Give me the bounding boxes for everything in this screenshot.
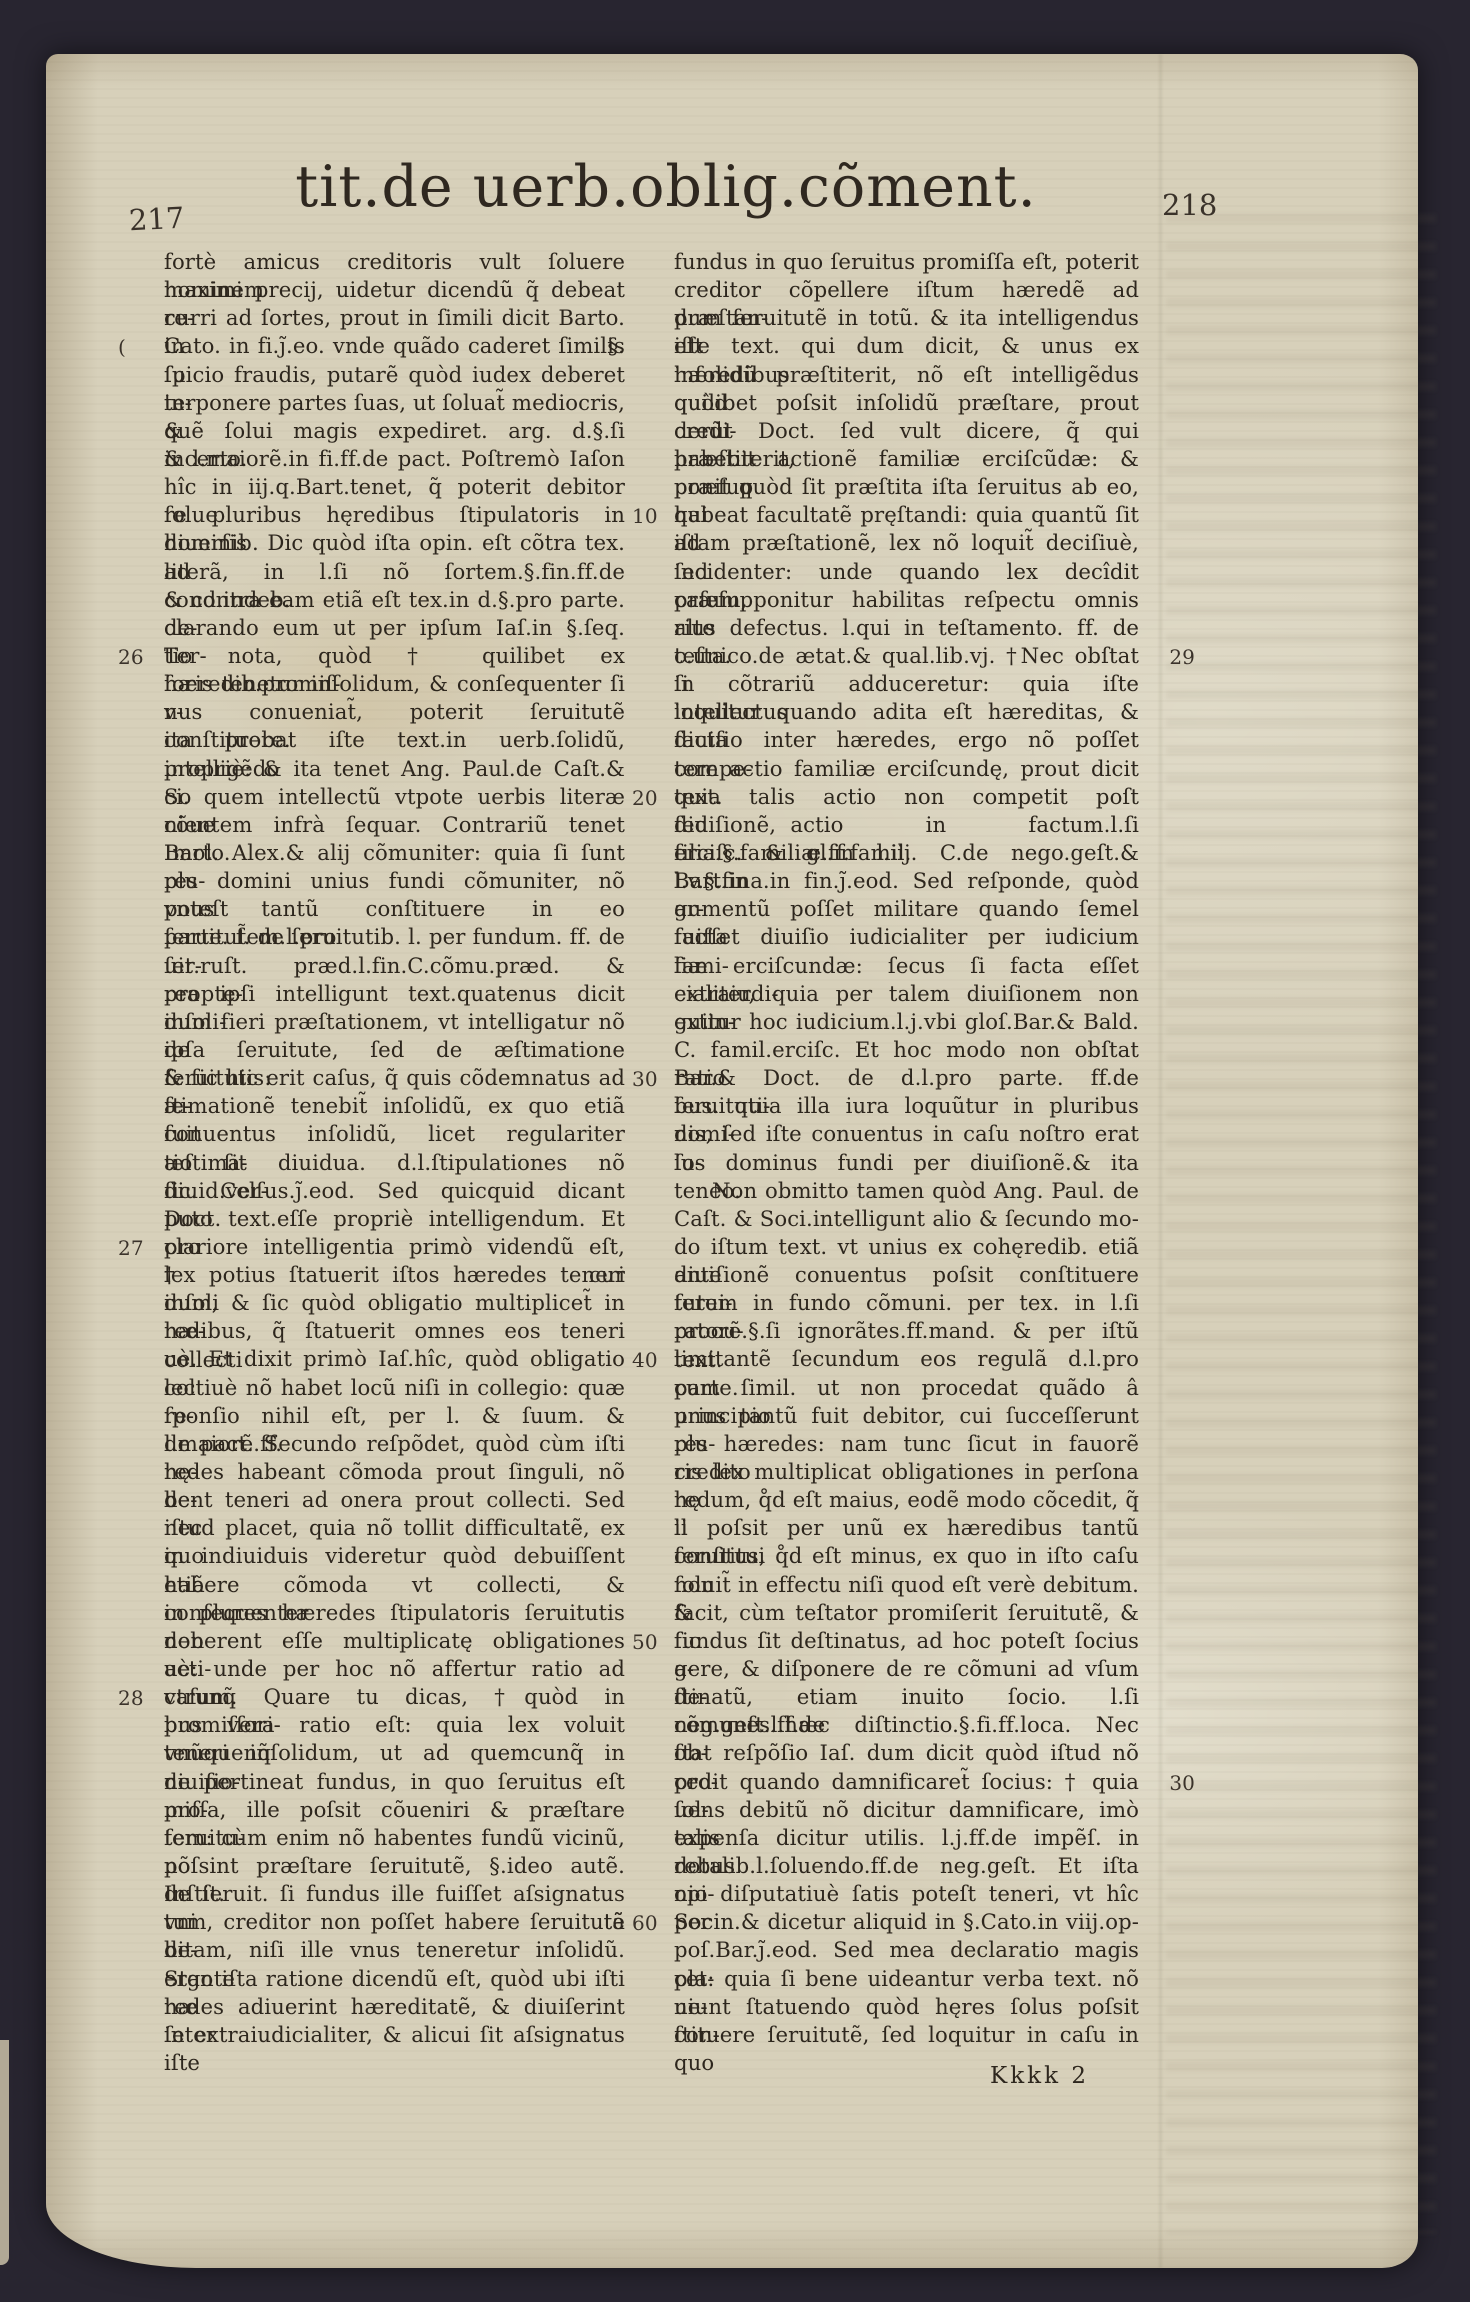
text-line: habebit actionẽ familiæ erciſcũdæ: & præ… xyxy=(674,445,1139,473)
text-line: 20quia talis actio non competit poſt diu… xyxy=(674,783,1139,811)
text-line: præſupponitur habilitas reſpectu omnis a… xyxy=(674,586,1139,614)
text-line: fortè amicus creditoris vult ſoluere hom… xyxy=(164,248,625,276)
margin-number: ( xyxy=(118,333,126,361)
text-line: ergo iſta ratione dicendũ eſt, quòd ubi … xyxy=(164,1965,625,1993)
margin-number: 10 xyxy=(632,502,658,530)
text-line: inſolidũ præſtiterit, nõ eſt intelligẽdu… xyxy=(674,361,1139,389)
text-line: hominib. Dic quòd iſta opin. eſt cõtra t… xyxy=(164,529,625,557)
text-line: neg.geſt.l.hæc diſtinctio.§.fi.ff.loca. … xyxy=(674,1711,1139,1739)
text-line: ſe extraiudicialiter, & alicui ſit aſsig… xyxy=(164,2021,625,2049)
text-line: 30cedit quando damnificaret̃ ſocius: † q… xyxy=(674,1768,1139,1796)
margin-number: 30 xyxy=(632,1065,658,1093)
text-line: cum ſimil. ut non procedat quãdo â princ… xyxy=(674,1374,1139,1402)
text-line: rea ipſi intelligunt text.quatenus dicit… xyxy=(164,980,625,1008)
text-line: incidenter: unde quando lex decîdit caſu… xyxy=(674,558,1139,586)
text-line: teneri inſolidum, ut ad quemcunq̃ in diu… xyxy=(164,1739,625,1767)
text-line: terponere partes ſuas, ut ſoluat̃ medioc… xyxy=(164,389,625,417)
text-line: curri ad ſortes, prout in ſimili dicit B… xyxy=(164,304,625,332)
line-text: guitur hoc iudicium.l.j.vbi gloſ.Bar.& B… xyxy=(674,1009,1139,1034)
text-line: iſtud placet, quia nõ tollit difficultat… xyxy=(164,1514,625,1542)
text-line: 40limitantẽ ſecundum eos regulã d.l.pro … xyxy=(674,1345,1139,1373)
text-line: bitam, niſi ille vnus teneretur inſolidũ… xyxy=(164,1936,625,1964)
page-crease xyxy=(1159,54,1162,2268)
text-line: ſeruitus, q̊d eſt minus, ex quo in iſto … xyxy=(674,1542,1139,1570)
text-line: guitur hoc iudicium.l.j.vbi gloſ.Bar.& B… xyxy=(674,1008,1139,1036)
text-line: ſtituere ſeruitutẽ, ſed loquitur in caſu… xyxy=(674,2021,1139,2049)
text-line: in cõtrariũ adduceretur: quia iſte intel… xyxy=(674,670,1139,698)
text-line: nio diſputatiuè ſatis poteſt teneri, vt … xyxy=(674,1880,1139,1908)
margin-number: 29 xyxy=(1169,643,1195,671)
text-line: lus dominus fundi per diuiſionẽ.& ita te… xyxy=(674,1149,1139,1177)
text-column-right: fundus in quo ſeruitus promiſſa eſt, pot… xyxy=(674,248,1139,2090)
running-title: tit.de uerb.oblig.cõment. xyxy=(286,154,1046,220)
text-line: uè: unde per hoc nõ affertur ratio ad vt… xyxy=(164,1655,625,1683)
text-line: ratorẽ.§.ſi ignorãtes.ff.mand. & per iſt… xyxy=(674,1317,1139,1345)
text-line: li poſsit per unũ ex hæredibus tantũ con… xyxy=(674,1514,1139,1542)
text-column-left: fortè amicus creditoris vult ſoluere hom… xyxy=(164,248,625,2049)
text-line: nus conueniat̃, poterit ſeruitutẽ conſti… xyxy=(164,698,625,726)
text-line: & l.maiorẽ.in fi.ff.de pact. Poſtremò Ia… xyxy=(164,445,625,473)
text-line: conuentus inſolidũ, licet regulariter æſ… xyxy=(164,1120,625,1148)
text-line: fuiſſet diuiſio iudicialiter per iudiciu… xyxy=(674,923,1139,951)
text-line: loquitur quando adita eſt hæreditas, & f… xyxy=(674,698,1139,726)
text-line: 27clariore intelligentia primò videndũ e… xyxy=(164,1233,625,1261)
text-line: lex potius ſtatuerit iſtos hæredes tener… xyxy=(164,1261,625,1289)
line-text: Socin.& dicetur aliquid in §.Cato.in vii… xyxy=(674,1909,1139,1934)
folio-number-right: 218 xyxy=(1162,188,1217,222)
text-line: gumentũ poſſet militare quando ſemel fac… xyxy=(674,895,1139,923)
text-line: ſponſio nihil eſt, per l. & ſuum. & l.ma… xyxy=(164,1402,625,1430)
text-line: in indiuiduis videretur quòd debuiſſent … xyxy=(164,1542,625,1570)
text-line: fundus in quo ſeruitus promiſſa eſt, pot… xyxy=(674,248,1139,276)
text-line: cet: quia ſi bene uideantur verba text. … xyxy=(674,1965,1139,1993)
text-line: iſte text. qui dum dicit, & unus ex hære… xyxy=(674,332,1139,360)
text-line: literã, in l.ſi nõ ſortem.§.fin.ff.de co… xyxy=(164,558,625,586)
text-line: habere cõmoda vt collecti, & conſequente… xyxy=(164,1571,625,1599)
text-line: clarando eum ut per ipſum Iaſ.in §.ſeq. … xyxy=(164,614,625,642)
text-line: tem: cùm enim nõ habentes fundũ vicinũ, … xyxy=(164,1824,625,1852)
folio-number-left: 217 xyxy=(128,201,185,238)
text-line: 10habeat facultatẽ pręſtandi: quia quant… xyxy=(674,501,1139,529)
text-line: ſtimationẽ tenebit̃ inſolidũ, ex quo eti… xyxy=(164,1092,625,1120)
text-line: lectiuè nõ habet locũ niſi in collegio: … xyxy=(164,1374,625,1402)
text-line: dum fieri præſtationem, vt intelligatur … xyxy=(164,1008,625,1036)
text-line: (Cato. in fi.j̃.eo. vnde quãdo caderet ſ… xyxy=(164,332,625,360)
text-line: ponit quòd ſit præſtita iſta ſeruitus ab… xyxy=(674,473,1139,501)
scanned-book-photo: 217 tit.de uerb.oblig.cõment. 218 fortè … xyxy=(0,0,1470,2302)
text-line: de pact. Secundo reſpõdet, quòd cùm iſti… xyxy=(164,1430,625,1458)
text-line: propriè: & ita tenet Ang. Paul.de Caſt.&… xyxy=(164,755,625,783)
text-line: quilibet poſsit inſolidũ præſtare, prout… xyxy=(674,389,1139,417)
text-line: liæ erciſcundæ: ſecus ſi facta eſſet ext… xyxy=(674,952,1139,980)
text-line: vnus tantũ conſtituere in eo ſeruitutem.… xyxy=(164,895,625,923)
text-line: res hæredes: nam tunc ſicut in fauorẽ cr… xyxy=(674,1430,1139,1458)
text-line: de ſeruit. ſi fundus ille fuiſſet aſsign… xyxy=(164,1880,625,1908)
text-line: Imol. Alex.& alij cõmuniter: quia ſi ſun… xyxy=(164,839,625,867)
text-line: diuiſio inter hæredes, ergo nõ poſſet co… xyxy=(674,726,1139,754)
text-line: dum ſeruitutẽ in totũ. & ita intelligend… xyxy=(674,304,1139,332)
verso-showthrough xyxy=(1166,214,1436,2234)
text-line: ſoris tenetur inſolidum, & conſequenter … xyxy=(164,670,625,698)
text-line: 30Bar.& Doct. de d.l.pro parte. ff.de ſe… xyxy=(674,1064,1139,1092)
text-line: C. famil.erciſc. Et hoc modo non obſtat … xyxy=(674,1036,1139,1064)
text-line: ita probat iſte text.in uerb.ſolidũ, int… xyxy=(164,726,625,754)
text-line: redes habeant cõmoda prout ſinguli, nõ d… xyxy=(164,1458,625,1486)
text-line: do iſtum text. vt unius ex cohęredib. et… xyxy=(674,1233,1139,1261)
text-line: erciſc. & gl.in l.iij. C.de nego.geſt.& … xyxy=(674,839,1139,867)
text-line: 29c.unico.de ætat.& qual.lib.vj. †Nec ob… xyxy=(674,642,1139,670)
margin-number: 60 xyxy=(632,1909,658,1937)
text-line: creditor cõpellere iſtum hæredẽ ad præſt… xyxy=(674,276,1139,304)
text-line: parte. ſ̃. de ſeruitutib. l. per fundum.… xyxy=(164,923,625,951)
text-line: 60Socin.& dicetur aliquid in §.Cato.in v… xyxy=(674,1908,1139,1936)
text-line: ipſa ſeruitute, ſed de æſtimatione ſerui… xyxy=(164,1036,625,1064)
signature-mark: Kkkk 2 xyxy=(674,2062,1139,2090)
text-line: derũt Doct. ſed vult dicere, q̃ qui præſ… xyxy=(674,417,1139,445)
text-line: uens debitũ nõ dicitur damnificare, imò … xyxy=(674,1796,1139,1824)
text-line: ſic. Celſus.j̃.eod. Sed quicquid dicant … xyxy=(164,1177,625,1205)
text-line: ſtat reſpõſio Iaſ. dum dicit quòd iſtud … xyxy=(674,1739,1139,1767)
line-text: Non obmitto tamen quòd Ang. Paul. de xyxy=(712,1178,1139,1203)
text-line: tio ſit diuidua. d.l.ſtipulationes nõ di… xyxy=(164,1149,625,1177)
margin-number: 28 xyxy=(118,1684,144,1712)
text-line: poſsint præſtare ſeruitutẽ, §.ideo autẽ.… xyxy=(164,1852,625,1880)
text-line: redibus, q̃ ſtatuerit omnes eos teneri c… xyxy=(164,1317,625,1345)
text-line: bent teneri ad onera prout collecti. Sed… xyxy=(164,1486,625,1514)
margin-number: 30 xyxy=(1169,1769,1195,1797)
text-line: nientem infrà ſequar. Contrariũ tenet Ba… xyxy=(164,811,625,839)
text-line: & contra eam etiã eſt tex.in d.§.pro par… xyxy=(164,586,625,614)
text-line: expenſa dicitur utilis. l.j.ff.de impẽſ.… xyxy=(674,1824,1139,1852)
text-line: hîc in iij.q.Bart.tenet, q̃ poterit debi… xyxy=(164,473,625,501)
text-line: quẽ ſolui magis expediret. arg. d.§.ſi i… xyxy=(164,417,625,445)
line-text: ſe extraiudicialiter, & alicui ſit aſsig… xyxy=(164,2022,625,2075)
text-line: redes adiuerint hæreditatẽ, & diuiſerint… xyxy=(164,1993,625,2021)
line-text: & l.maiorẽ.in fi.ff.de pact. Poſtremò Ia… xyxy=(164,446,625,471)
text-line: nis, ſed iſte conuentus in caſu noſtro e… xyxy=(674,1120,1139,1148)
text-line: diuiſionẽ conuentus poſsit conſtituere ſ… xyxy=(674,1261,1139,1289)
text-line: niunt ſtatuendo quòd hęres ſolus poſsit … xyxy=(674,1993,1139,2021)
text-line: unus tantũ fuit debitor, cui ſucceſſerun… xyxy=(674,1402,1139,1430)
text-line: ſpicio fraudis, putarẽ quòd iudex debere… xyxy=(164,361,625,389)
text-line: re pluribus hęredibus ſtipulatoris in di… xyxy=(164,501,625,529)
text-line: cialiter, quia per talem diuiſionem non … xyxy=(674,980,1139,1008)
text-line: l.v.§.fina.in fin.j̃.eod. Sed reſponde, … xyxy=(674,867,1139,895)
underlying-leaf-edge xyxy=(0,2040,9,2265)
text-line: redum, q̊d eſt maius, eodẽ modo cõcedit,… xyxy=(674,1486,1139,1514)
text-line: in plures hæredes ſtipulatoris ſeruituti… xyxy=(164,1599,625,1627)
text-line: Caſt. & Soci.intelligunt alio & ſecundo … xyxy=(674,1205,1139,1233)
margin-number: 20 xyxy=(632,784,658,812)
text-line: 28caſum. Quare tu dicas, †quòd in promiſ… xyxy=(164,1683,625,1711)
text-line: tere actio familiæ erciſcundę, prout dic… xyxy=(674,755,1139,783)
margin-number: 50 xyxy=(632,1628,658,1656)
text-line: bus vera ratio eſt: quia lex voluit vnũq… xyxy=(164,1711,625,1739)
text-line: uè. Et dixit primò Iaſ.hîc, quòd obligat… xyxy=(164,1345,625,1373)
line-text: Caſt. & Soci.intelligunt alio & ſecundo … xyxy=(674,1206,1139,1231)
text-line: Non obmitto tamen quòd Ang. Paul. de xyxy=(674,1177,1139,1205)
text-line: 26tio nota, quòd † quilibet ex hæredib.p… xyxy=(164,642,625,670)
text-line: facit, cùm teſtator promiſerit ſeruitutẽ… xyxy=(674,1599,1139,1627)
text-line: uit.ruſt. præd.l.fin.C.cõmu.præd. & prop… xyxy=(164,952,625,980)
text-line: tum, creditor non poſſet habere ſeruitut… xyxy=(164,1908,625,1936)
text-line: iſtam præſtationẽ, lex nõ loquit̃ deciſi… xyxy=(674,529,1139,557)
text-line: rius defectus. l.qui in teſtamento. ff. … xyxy=(674,614,1139,642)
text-line: ſed actio in factum.l.ſi filia.§.familiæ… xyxy=(674,811,1139,839)
text-line: poſ.Bar.j̃.eod. Sed mea declaratio magis… xyxy=(674,1936,1139,1964)
text-line: & ſic hic erit caſus, q̃ quis cõdemnatus… xyxy=(164,1064,625,1092)
text-line: dum, & ſic quòd obligatio multiplicet̃ i… xyxy=(164,1289,625,1317)
margin-number: 27 xyxy=(118,1234,144,1262)
text-line: bus. quia illa iura loquũtur in pluribus… xyxy=(674,1092,1139,1120)
text-line: ſtinatũ, etiam inuito ſocio. l.ſi cõmune… xyxy=(674,1683,1139,1711)
text-line: deberent eſſe multiplicatę obligationes … xyxy=(164,1627,625,1655)
text-line: 50fundus ſit deſtinatus, ad hoc poteſt ſ… xyxy=(674,1627,1139,1655)
text-line: miſſa, ille poſsit cõueniri & præſtare ſ… xyxy=(164,1796,625,1824)
text-line: ci. quem intellectũ vtpote uerbis literæ… xyxy=(164,783,625,811)
text-line: tutem in fundo cõmuni. per tex. in l.ſi … xyxy=(674,1289,1139,1317)
text-line: res domini unius fundi cõmuniter, nõ pot… xyxy=(164,867,625,895)
text-line: puto text.eſſe propriè intelligendum. Et… xyxy=(164,1205,625,1233)
text-line: gere, & diſponere de re cõmuni ad vſum d… xyxy=(674,1655,1139,1683)
margin-number: 26 xyxy=(118,643,144,671)
line-text: fundus in quo ſeruitus promiſſa eſt, pot… xyxy=(674,249,1139,274)
margin-number: 40 xyxy=(632,1346,658,1374)
text-line: maximi precij, uidetur dicendũ q̃ debeat… xyxy=(164,276,625,304)
book-page: 217 tit.de uerb.oblig.cõment. 218 fortè … xyxy=(46,54,1418,2268)
text-line: ne pertineat fundus, in quo ſeruitus eſt… xyxy=(164,1768,625,1796)
text-line: ſoluit̃ in effectu niſi quod eſt verè de… xyxy=(674,1571,1139,1599)
text-line: ris lex multiplicat obligationes in perſ… xyxy=(674,1458,1139,1486)
text-line: dotalib.l.ſoluendo.ff.de neg.geſt. Et iſ… xyxy=(674,1852,1139,1880)
